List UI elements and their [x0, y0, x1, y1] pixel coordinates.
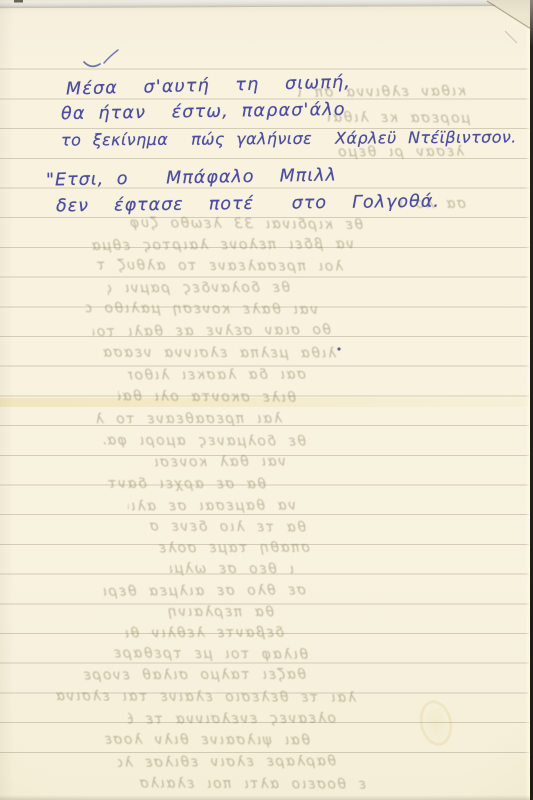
handwritten-line: το ξεκίνημα πώς γαλήνισε Χάρλεϋ Ντέϊβιντ… — [61, 127, 517, 149]
scanned-notebook-page: κιθαν ελθιννα σπ ναμε ροθαμορεσα κε λιθα… — [0, 0, 533, 800]
ink-layer: Μέσα σ'αυτή τη σιωπή,θα ήταν έστω, παρασ… — [0, 0, 533, 800]
handwritten-line: θα ήταν έστω, παρασ'άλο — [61, 100, 346, 124]
handwritten-line: "Ετσι, ο Μπάφαλο Μπιλλ — [46, 165, 337, 190]
handwritten-line: Μέσα σ'αυτή τη σιωπή, — [66, 73, 351, 100]
handwritten-line: δεν έφτασε ποτέ στο Γολγοθά. — [56, 192, 440, 217]
folded-corner — [484, 0, 530, 30]
